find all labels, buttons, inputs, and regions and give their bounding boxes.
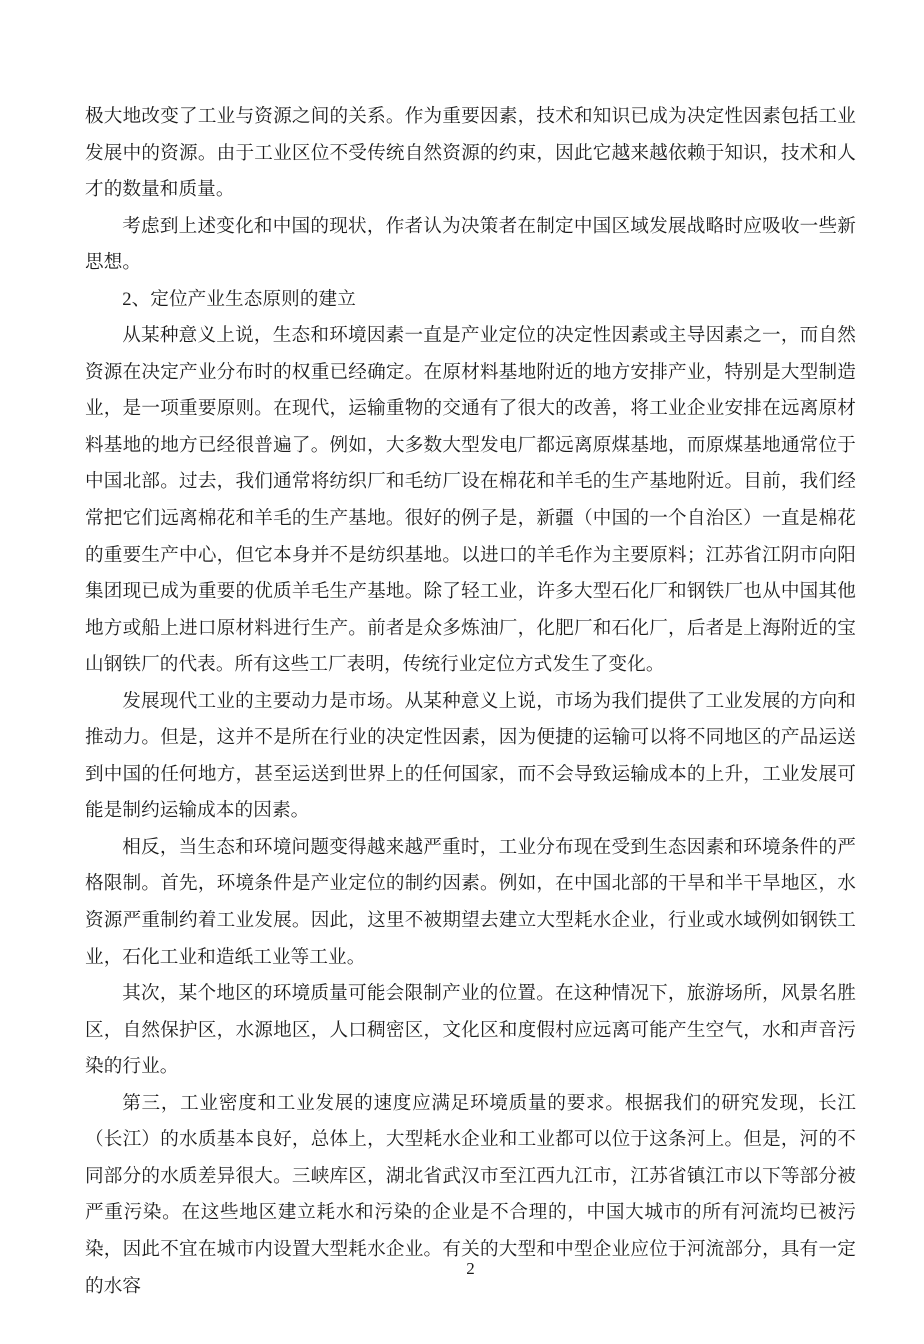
paragraph: 考虑到上述变化和中国的现状，作者认为决策者在制定中国区域发展战略时应吸收一些新思… [85,209,856,282]
document-page: 极大地改变了工业与资源之间的关系。作为重要因素，技术和知识已成为决定性因素包括工… [0,0,924,1344]
page-number: 2 [85,1258,856,1280]
paragraph-continuation: 极大地改变了工业与资源之间的关系。作为重要因素，技术和知识已成为决定性因素包括工… [85,99,856,209]
section-heading: 2、定位产业生态原则的建立 [85,282,856,319]
paragraph: 发展现代工业的主要动力是市场。从某种意义上说，市场为我们提供了工业发展的方向和推… [85,684,856,830]
paragraph: 其次，某个地区的环境质量可能会限制产业的位置。在这种情况下，旅游场所，风景名胜区… [85,976,856,1086]
paragraph: 从某种意义上说，生态和环境因素一直是产业定位的决定性因素或主导因素之一，而自然资… [85,318,856,683]
paragraph: 相反，当生态和环境问题变得越来越严重时，工业分布现在受到生态因素和环境条件的严格… [85,830,856,976]
document-body: 极大地改变了工业与资源之间的关系。作为重要因素，技术和知识已成为决定性因素包括工… [85,99,856,1305]
